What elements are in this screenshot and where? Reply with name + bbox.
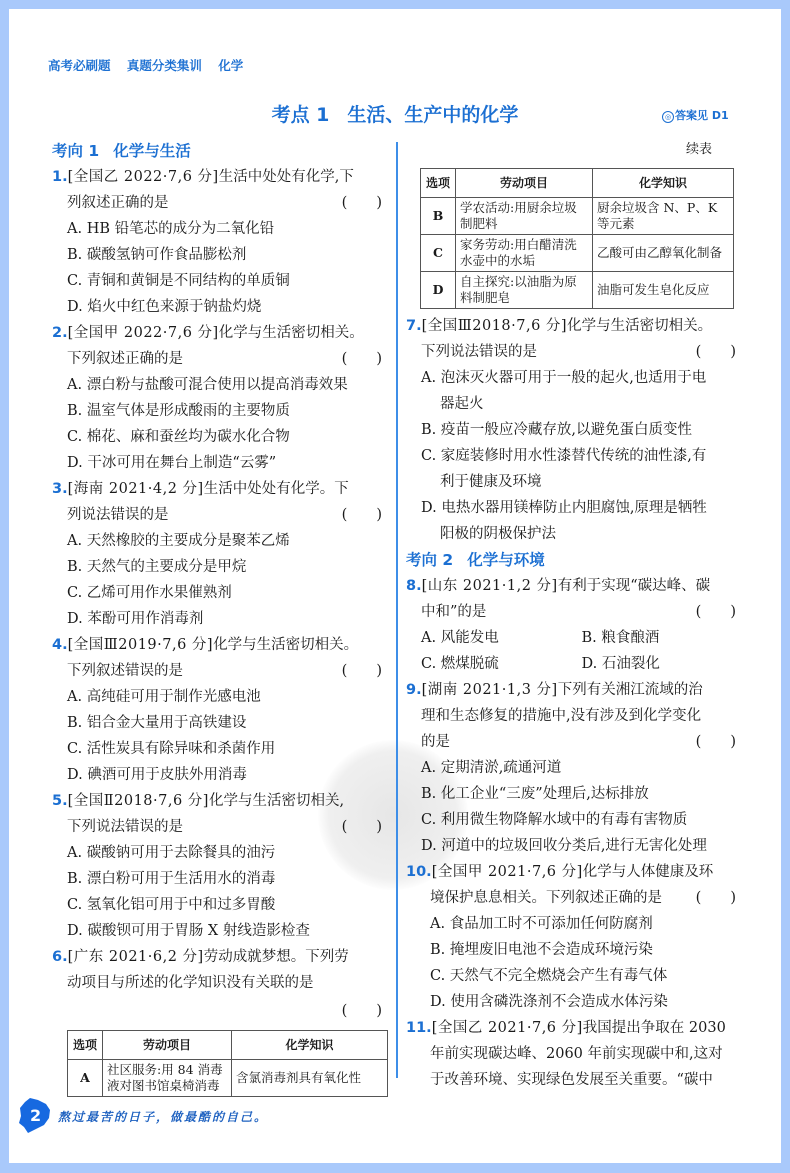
option-d[interactable]: D. 石油裂化 bbox=[582, 651, 743, 677]
option-text: C. 家庭装修时用水性漆替代传统的油性漆,有 bbox=[421, 448, 706, 464]
question-stem: 下列叙述正确的是 bbox=[67, 351, 183, 367]
table-cell-key: A bbox=[68, 1060, 103, 1097]
table-header-knowledge: 化学知识 bbox=[593, 169, 734, 198]
option-d[interactable]: D. 干冰可用在舞台上制造“云雾” bbox=[52, 450, 388, 476]
answer-blank[interactable]: ( ) bbox=[342, 658, 382, 684]
option-b[interactable]: B. 化工企业“三废”处理后,达标排放 bbox=[406, 781, 742, 807]
question-source: [湖南 2021·1,3 分] bbox=[422, 682, 558, 698]
question-stem: 生活中处处有化学,下 bbox=[219, 169, 354, 185]
option-text: D. 电热水器用镁棒防止内胆腐蚀,原理是牺牲 bbox=[421, 500, 707, 516]
table-header-labor: 劳动项目 bbox=[456, 169, 593, 198]
right-column: 续表 选项 劳动项目 化学知识 B 学农活动:用厨余垃圾制肥料 厨余垃圾含 N、… bbox=[406, 138, 742, 1093]
column-divider bbox=[396, 142, 398, 1078]
question-number: 7. bbox=[406, 318, 422, 334]
table-header-knowledge: 化学知识 bbox=[232, 1031, 388, 1060]
table-cell-knowledge: 厨余垃圾含 N、P、K 等元素 bbox=[593, 198, 734, 235]
topic-heading-2: 考向 2化学与环境 bbox=[406, 547, 742, 573]
question-5: 5.[全国Ⅱ2018·7,6 分]化学与生活密切相关, 下列说法错误的是( ) … bbox=[52, 788, 388, 944]
page-number: 2 bbox=[30, 1106, 41, 1125]
question-7: 7.[全国Ⅲ2018·7,6 分]化学与生活密切相关。 下列说法错误的是( ) … bbox=[406, 313, 742, 547]
table-cell-labor: 家务劳动:用白醋清洗水壶中的水垢 bbox=[456, 235, 593, 272]
topic-number: 考向 1 bbox=[52, 142, 99, 160]
topic-title: 化学与生活 bbox=[113, 142, 191, 160]
option-b[interactable]: B. 天然气的主要成分是甲烷 bbox=[52, 554, 388, 580]
question-stem: 生活中处处有化学。下 bbox=[204, 481, 349, 497]
option-b[interactable]: B. 掩埋废旧电池不会造成环境污染 bbox=[406, 937, 742, 963]
option-c[interactable]: C. 燃煤脱硫 bbox=[421, 651, 582, 677]
question-number: 5. bbox=[52, 793, 68, 809]
question-stem: 理和生态修复的措施中,没有涉及到化学变化 bbox=[421, 708, 701, 724]
question-3: 3.[海南 2021·4,2 分]生活中处处有化学。下 列说法错误的是( ) A… bbox=[52, 476, 388, 632]
option-c[interactable]: C. 棉花、麻和蚕丝均为碳水化合物 bbox=[52, 424, 388, 450]
table-cell-knowledge: 乙酸可由乙醇氧化制备 bbox=[593, 235, 734, 272]
running-head-book: 高考必刷题 bbox=[48, 58, 111, 73]
question-number: 9. bbox=[406, 682, 422, 698]
question-stem: 列叙述正确的是 bbox=[67, 195, 169, 211]
question-stem: 列说法错误的是 bbox=[67, 507, 169, 523]
option-c[interactable]: C. 活性炭具有除异味和杀菌作用 bbox=[52, 736, 388, 762]
option-c[interactable]: C. 乙烯可用作水果催熟剂 bbox=[52, 580, 388, 606]
option-d[interactable]: D. 河道中的垃圾回收分类后,进行无害化处理 bbox=[406, 833, 742, 859]
topic-heading-1: 考向 1化学与生活 bbox=[52, 138, 388, 164]
answer-blank[interactable]: ( ) bbox=[342, 190, 382, 216]
option-b[interactable]: B. 疫苗一般应冷藏存放,以避免蛋白质变性 bbox=[406, 417, 742, 443]
section-number: 考点 1 bbox=[272, 104, 330, 126]
question-stem: 动项目与所述的化学知识没有关联的是 bbox=[67, 975, 314, 991]
question-number: 6. bbox=[52, 949, 68, 965]
table-cell-key: B bbox=[421, 198, 456, 235]
option-a[interactable]: A. 天然橡胶的主要成分是聚苯乙烯 bbox=[52, 528, 388, 554]
answer-reference-text: 答案见 D1 bbox=[675, 109, 729, 122]
option-a[interactable]: A. 泡沫灭火器可用于一般的起火,也适用于电器起火 bbox=[406, 365, 742, 417]
question-number: 1. bbox=[52, 169, 68, 185]
option-a[interactable]: A. 碳酸钠可用于去除餐具的油污 bbox=[52, 840, 388, 866]
question-stem: 于改善环境、实现绿色发展至关重要。“碳中 bbox=[430, 1072, 713, 1088]
question-stem: 化学与生活密切相关。 bbox=[213, 637, 358, 653]
option-b[interactable]: B. 粮食酿酒 bbox=[582, 625, 743, 651]
left-column: 考向 1化学与生活 1.[全国乙 2022·7,6 分]生活中处处有化学,下 列… bbox=[52, 138, 388, 1097]
question-stem: 的是 bbox=[421, 734, 450, 750]
option-a[interactable]: A. HB 铅笔芯的成分为二氧化铅 bbox=[52, 216, 388, 242]
question-stem: 化学与生活密切相关。 bbox=[567, 318, 712, 334]
answer-blank[interactable]: ( ) bbox=[342, 346, 382, 372]
question-source: [全国乙 2021·7,6 分] bbox=[432, 1020, 583, 1036]
option-a[interactable]: A. 风能发电 bbox=[421, 625, 582, 651]
table-header-option: 选项 bbox=[421, 169, 456, 198]
option-text: B. 疫苗一般应冷藏存放,以避免蛋白质变性 bbox=[421, 422, 692, 438]
answer-reference[interactable]: ◎答案见 D1 bbox=[662, 107, 729, 123]
question-stem: 下列叙述错误的是 bbox=[67, 663, 183, 679]
question-10: 10.[全国甲 2021·7,6 分]化学与人体健康及环 境保护息息相关。下列叙… bbox=[406, 859, 742, 1015]
footer-motto: 熬过最苦的日子，做最酷的自己。 bbox=[58, 1108, 268, 1125]
question-number: 3. bbox=[52, 481, 68, 497]
question-1: 1.[全国乙 2022·7,6 分]生活中处处有化学,下 列叙述正确的是( ) … bbox=[52, 164, 388, 320]
answer-icon: ◎ bbox=[662, 111, 674, 123]
option-b[interactable]: B. 漂白粉可用于生活用水的消毒 bbox=[52, 866, 388, 892]
option-text: A. 泡沫灭火器可用于一般的起火,也适用于电 bbox=[421, 370, 706, 386]
running-head: 高考必刷题 真题分类集训 化学 bbox=[48, 56, 255, 74]
option-d[interactable]: D. 焰火中红色来源于钠盐灼烧 bbox=[52, 294, 388, 320]
labor-table-part1: 选项 劳动项目 化学知识 A 社区服务:用 84 消毒液对图书馆桌椅消毒 含氯消… bbox=[67, 1030, 388, 1097]
option-b[interactable]: B. 温室气体是形成酸雨的主要物质 bbox=[52, 398, 388, 424]
question-stem: 下列说法错误的是 bbox=[67, 819, 183, 835]
question-9: 9.[湖南 2021·1,3 分]下列有关湘江流域的治 理和生态修复的措施中,没… bbox=[406, 677, 742, 859]
answer-blank[interactable]: ( ) bbox=[342, 996, 382, 1026]
option-d[interactable]: D. 苯酚可用作消毒剂 bbox=[52, 606, 388, 632]
question-8: 8.[山东 2021·1,2 分]有利于实现“碳达峰、碳 中和”的是( ) A.… bbox=[406, 573, 742, 677]
question-11: 11.[全国乙 2021·7,6 分]我国提出争取在 2030 年前实现碳达峰、… bbox=[406, 1015, 742, 1093]
table-cell-key: C bbox=[421, 235, 456, 272]
table-continued-label: 续表 bbox=[406, 140, 742, 168]
question-stem: 中和”的是 bbox=[421, 604, 486, 620]
table-row: A 社区服务:用 84 消毒液对图书馆桌椅消毒 含氯消毒剂具有氧化性 bbox=[68, 1060, 388, 1097]
table-cell-labor: 社区服务:用 84 消毒液对图书馆桌椅消毒 bbox=[103, 1060, 232, 1097]
question-stem: 年前实现碳达峰、2060 年前实现碳中和,这对 bbox=[430, 1046, 723, 1062]
option-c[interactable]: C. 氢氧化铝可用于中和过多胃酸 bbox=[52, 892, 388, 918]
answer-blank[interactable]: ( ) bbox=[696, 729, 736, 755]
table-header-option: 选项 bbox=[68, 1031, 103, 1060]
question-source: [全国甲 2021·7,6 分] bbox=[432, 864, 583, 880]
question-source: [全国Ⅲ2018·7,6 分] bbox=[422, 318, 567, 334]
option-d[interactable]: D. 电热水器用镁棒防止内胆腐蚀,原理是牺牲阳极的阴极保护法 bbox=[406, 495, 742, 547]
option-a[interactable]: A. 漂白粉与盐酸可混合使用以提高消毒效果 bbox=[52, 372, 388, 398]
table-row: B 学农活动:用厨余垃圾制肥料 厨余垃圾含 N、P、K 等元素 bbox=[421, 198, 734, 235]
running-head-subject: 化学 bbox=[218, 58, 243, 73]
question-stem: 化学与人体健康及环 bbox=[583, 864, 714, 880]
option-c[interactable]: C. 天然气不完全燃烧会产生有毒气体 bbox=[406, 963, 742, 989]
option-d[interactable]: D. 碳酸钡可用于胃肠 X 射线造影检查 bbox=[52, 918, 388, 944]
option-text-continued: 阳极的阴极保护法 bbox=[421, 521, 742, 547]
option-c[interactable]: C. 家庭装修时用水性漆替代传统的油性漆,有利于健康及环境 bbox=[406, 443, 742, 495]
labor-table-part2: 选项 劳动项目 化学知识 B 学农活动:用厨余垃圾制肥料 厨余垃圾含 N、P、K… bbox=[420, 168, 734, 309]
question-number: 8. bbox=[406, 578, 422, 594]
question-source: [广东 2021·6,2 分] bbox=[68, 949, 204, 965]
table-cell-knowledge: 含氯消毒剂具有氧化性 bbox=[232, 1060, 388, 1097]
question-source: [全国甲 2022·7,6 分] bbox=[68, 325, 219, 341]
table-row: C 家务劳动:用白醋清洗水壶中的水垢 乙酸可由乙醇氧化制备 bbox=[421, 235, 734, 272]
answer-blank[interactable]: ( ) bbox=[696, 885, 736, 911]
table-header-labor: 劳动项目 bbox=[103, 1031, 232, 1060]
table-cell-labor: 学农活动:用厨余垃圾制肥料 bbox=[456, 198, 593, 235]
question-number: 4. bbox=[52, 637, 68, 653]
question-stem: 化学与生活密切相关, bbox=[209, 793, 344, 809]
option-d[interactable]: D. 使用含磷洗涤剂不会造成水体污染 bbox=[406, 989, 742, 1015]
question-stem: 我国提出争取在 2030 bbox=[583, 1020, 726, 1036]
question-source: [海南 2021·4,2 分] bbox=[68, 481, 204, 497]
option-d[interactable]: D. 碘酒可用于皮肤外用消毒 bbox=[52, 762, 388, 788]
option-b[interactable]: B. 碳酸氢钠可作食品膨松剂 bbox=[52, 242, 388, 268]
option-c[interactable]: C. 利用微生物降解水域中的有毒有害物质 bbox=[406, 807, 742, 833]
page-footer: 2 熬过最苦的日子，做最酷的自己。 bbox=[16, 1096, 416, 1136]
question-source: [全国Ⅱ2018·7,6 分] bbox=[68, 793, 209, 809]
question-stem: 劳动成就梦想。下列劳 bbox=[204, 949, 349, 965]
running-head-series: 真题分类集训 bbox=[127, 58, 202, 73]
option-text-continued: 利于健康及环境 bbox=[421, 469, 742, 495]
question-stem: 境保护息息相关。下列叙述正确的是 bbox=[430, 890, 662, 906]
table-row: D 自主探究:以油脂为原料制肥皂 油脂可发生皂化反应 bbox=[421, 272, 734, 309]
question-6: 6.[广东 2021·6,2 分]劳动成就梦想。下列劳 动项目与所述的化学知识没… bbox=[52, 944, 388, 1097]
question-4: 4.[全国Ⅲ2019·7,6 分]化学与生活密切相关。 下列叙述错误的是( ) … bbox=[52, 632, 388, 788]
topic-number: 考向 2 bbox=[406, 551, 453, 569]
answer-blank[interactable]: ( ) bbox=[696, 339, 736, 365]
question-stem: 有利于实现“碳达峰、碳 bbox=[558, 578, 710, 594]
question-number: 11. bbox=[406, 1020, 432, 1036]
answer-blank[interactable]: ( ) bbox=[342, 814, 382, 840]
answer-blank[interactable]: ( ) bbox=[696, 599, 736, 625]
option-a[interactable]: A. 定期清淤,疏通河道 bbox=[406, 755, 742, 781]
question-number: 2. bbox=[52, 325, 68, 341]
question-2: 2.[全国甲 2022·7,6 分]化学与生活密切相关。 下列叙述正确的是( )… bbox=[52, 320, 388, 476]
table-cell-key: D bbox=[421, 272, 456, 309]
table-cell-knowledge: 油脂可发生皂化反应 bbox=[593, 272, 734, 309]
option-a[interactable]: A. 高纯硅可用于制作光感电池 bbox=[52, 684, 388, 710]
option-b[interactable]: B. 铝合金大量用于高铁建设 bbox=[52, 710, 388, 736]
question-source: [全国乙 2022·7,6 分] bbox=[68, 169, 219, 185]
table-cell-labor: 自主探究:以油脂为原料制肥皂 bbox=[456, 272, 593, 309]
question-stem: 下列说法错误的是 bbox=[421, 344, 537, 360]
option-c[interactable]: C. 青铜和黄铜是不同结构的单质铜 bbox=[52, 268, 388, 294]
option-text-continued: 器起火 bbox=[421, 391, 742, 417]
option-a[interactable]: A. 食品加工时不可添加任何防腐剂 bbox=[406, 911, 742, 937]
question-number: 10. bbox=[406, 864, 432, 880]
answer-blank[interactable]: ( ) bbox=[342, 502, 382, 528]
topic-title: 化学与环境 bbox=[467, 551, 545, 569]
question-source: [全国Ⅲ2019·7,6 分] bbox=[68, 637, 213, 653]
question-stem: 下列有关湘江流域的治 bbox=[558, 682, 703, 698]
question-stem: 化学与生活密切相关。 bbox=[219, 325, 364, 341]
section-name: 生活、生产中的化学 bbox=[347, 104, 518, 126]
question-source: [山东 2021·1,2 分] bbox=[422, 578, 558, 594]
